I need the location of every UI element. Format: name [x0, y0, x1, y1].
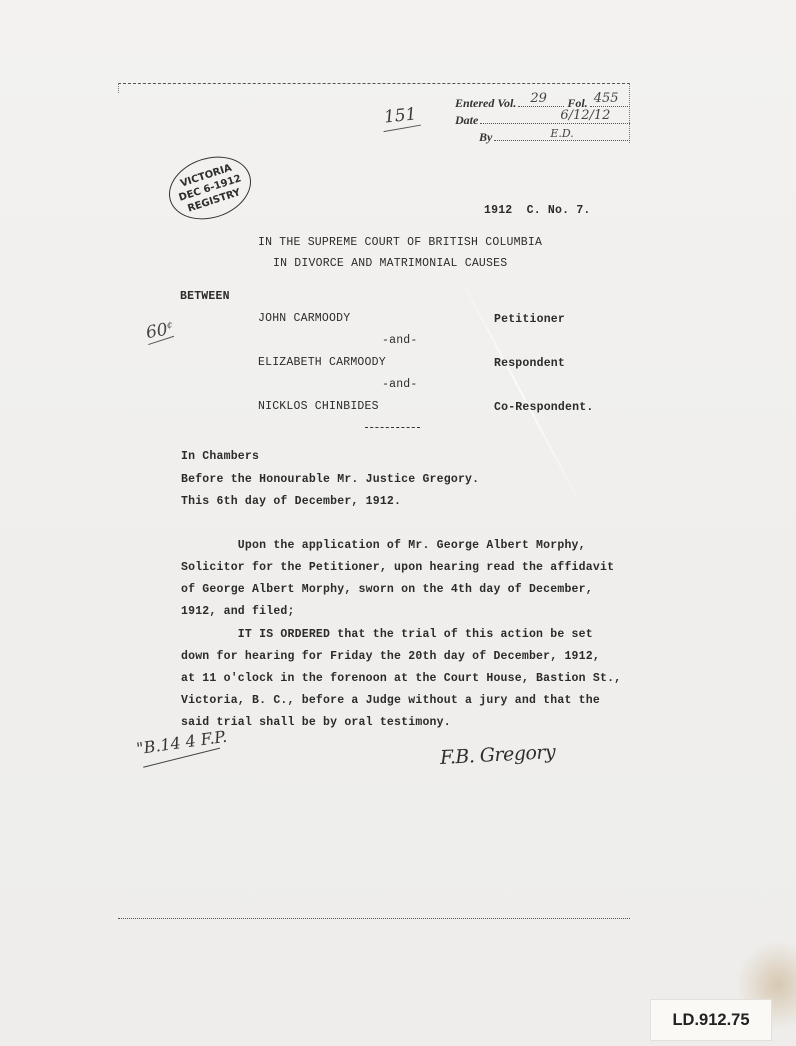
entered-vol-label: Entered Vol.	[455, 96, 516, 111]
paragraph1-line-4: 1912, and filed;	[181, 605, 295, 618]
party-name-respondent: ELIZABETH CARMOODY	[258, 356, 386, 369]
parties-separator-line	[365, 427, 420, 428]
margin-note-fee: 60¢	[144, 319, 174, 343]
left-rule-tick	[118, 83, 119, 93]
by-value: E.D.	[550, 127, 573, 140]
handwritten-folio-number: 151	[383, 104, 417, 127]
date-row: Date 6/12/12	[455, 111, 630, 128]
and-separator-2: -and-	[382, 378, 418, 391]
chambers-line-3: This 6th day of December, 1912.	[181, 495, 401, 508]
vol-value: 29	[530, 91, 547, 106]
between-label: BETWEEN	[180, 290, 230, 303]
entry-stamp: Entered Vol. 29 Fol. 455 Date 6/12/12 By…	[455, 94, 630, 145]
party-name-petitioner: JOHN CARMOODY	[258, 312, 350, 325]
victoria-registry-stamp: VICTORIA DEC 6-1912 REGISTRY	[161, 146, 259, 229]
party-role-co-respondent: Co-Respondent.	[494, 401, 593, 414]
catalog-label: LD.912.75	[650, 999, 772, 1041]
chambers-line-1: In Chambers	[181, 450, 259, 463]
by-label: By	[479, 130, 492, 145]
bottom-rule	[118, 918, 630, 919]
and-separator-1: -and-	[382, 334, 418, 347]
chambers-line-2: Before the Honourable Mr. Justice Gregor…	[181, 473, 479, 486]
paragraph2-line-3: at 11 o'clock in the forenoon at the Cou…	[181, 672, 621, 685]
date-value: 6/12/12	[560, 108, 610, 123]
party-role-petitioner: Petitioner	[494, 313, 565, 326]
paragraph1-line-2: Solicitor for the Petitioner, upon heari…	[181, 561, 614, 574]
date-label: Date	[455, 113, 478, 128]
top-rule	[118, 83, 630, 84]
paragraph2-line-4: Victoria, B. C., before a Judge without …	[181, 694, 600, 707]
paragraph1-line-1: Upon the application of Mr. George Alber…	[181, 539, 586, 552]
by-row: By E.D.	[455, 128, 630, 145]
paragraph2-line-1: IT IS ORDERED that the trial of this act…	[181, 628, 593, 641]
party-name-co-respondent: NICKLOS CHINBIDES	[258, 400, 379, 413]
margin-note-book-reference: "B.14 4 F.P.	[135, 727, 228, 759]
paragraph1-line-3: of George Albert Morphy, sworn on the 4t…	[181, 583, 593, 596]
court-subtitle: IN DIVORCE AND MATRIMONIAL CAUSES	[273, 257, 507, 270]
judge-signature: F.B. Gregory	[440, 741, 556, 769]
paragraph2-line-2: down for hearing for Friday the 20th day…	[181, 650, 600, 663]
party-role-respondent: Respondent	[494, 357, 565, 370]
case-number: 1912 C. No. 7.	[484, 204, 591, 217]
court-title: IN THE SUPREME COURT OF BRITISH COLUMBIA	[258, 236, 542, 249]
document-page: 151 Entered Vol. 29 Fol. 455 Date 6/12/1…	[0, 0, 796, 1046]
fol-value: 455	[594, 91, 619, 106]
